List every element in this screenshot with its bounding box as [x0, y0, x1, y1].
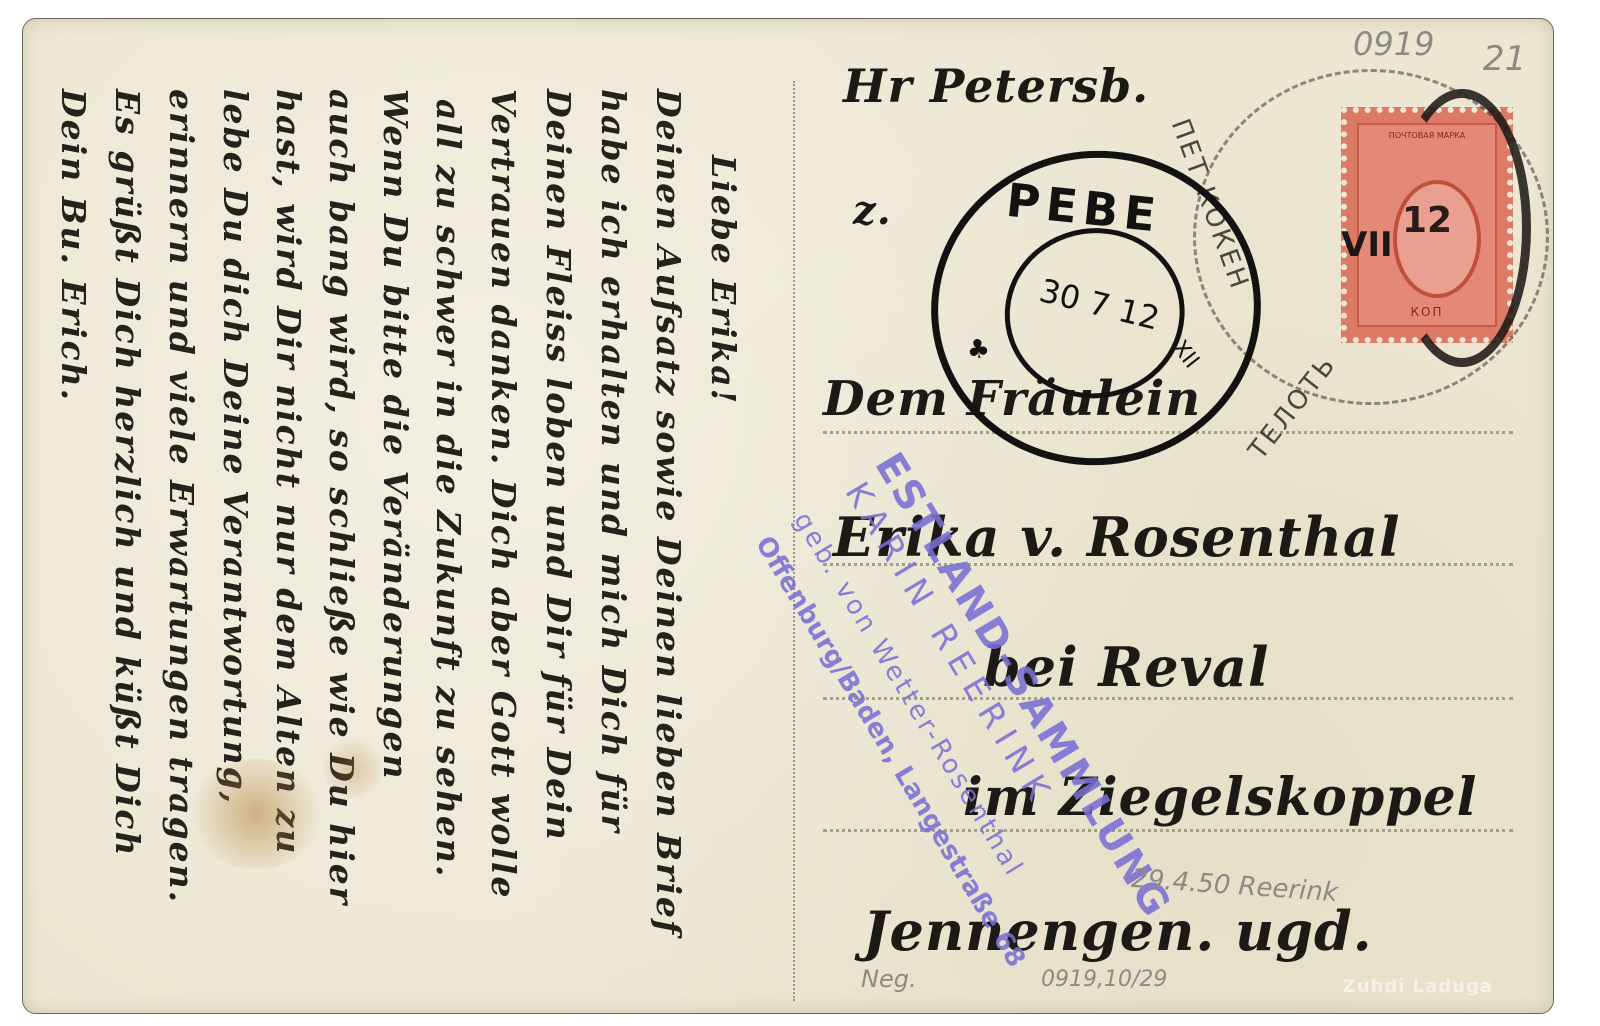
- sender-line: Hr Petersb.: [843, 59, 1149, 113]
- watermark: Zuhdi Laduga: [1343, 976, 1493, 997]
- message-line: habe ich erhalten und mich Dich für: [594, 89, 633, 834]
- message-line: Deinen Aufsatz sowie Deinen lieben Brief: [649, 89, 688, 936]
- message-line: all zu schwer in die Zukunft zu sehen.: [429, 99, 468, 878]
- pencil-negative-label: Neg.: [861, 965, 917, 993]
- pencil-page-number: 21: [1483, 39, 1526, 79]
- message-line: Es grüßt Dich herzlich und küßt Dich: [108, 89, 147, 857]
- message-line: Wenn Du bitte die Veränderungen: [376, 89, 415, 780]
- message-line: lebe Du dich Deine Verantwortung,: [216, 89, 255, 805]
- postcard-back: Liebe Erika! Deinen Aufsatz sowie Deinen…: [22, 18, 1554, 1014]
- message-line: hast, wird Dir nicht nur dem Alten zu: [269, 89, 308, 855]
- pencil-negative-number: 0919,10/29: [1041, 967, 1167, 992]
- stain: [191, 759, 321, 869]
- clover-icon: ♣: [965, 333, 992, 366]
- sender-line-2: z.: [853, 187, 892, 234]
- message-line: Vertrauen danken. Dich aber Gott wolle: [484, 89, 523, 899]
- pencil-archive-number: 0919: [1353, 25, 1434, 63]
- handwritten-message: Liebe Erika! Deinen Aufsatz sowie Deinen…: [43, 59, 783, 999]
- recipient-city: Jennengen. ugd.: [863, 899, 1373, 963]
- message-line: Liebe Erika!: [704, 155, 743, 405]
- center-divider: [793, 81, 795, 1001]
- stain: [323, 739, 383, 799]
- message-line: Deinen Fleiss loben und Dir für Dein: [539, 89, 578, 842]
- message-line: erinnern und viele Erwartungen tragen.: [162, 89, 201, 904]
- message-line: Dein Bu. Erich.: [54, 89, 93, 402]
